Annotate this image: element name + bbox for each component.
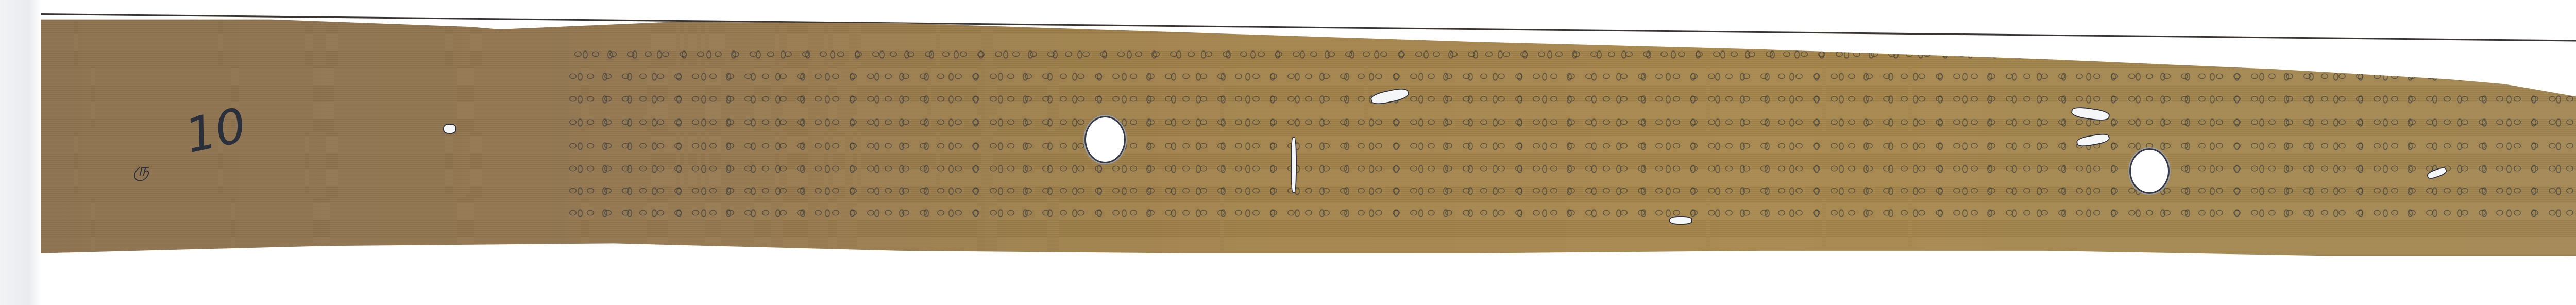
script-line-2	[567, 67, 2576, 85]
script-line-7	[567, 182, 2576, 199]
binding-hole-left	[1084, 116, 1126, 163]
insect-damage	[443, 124, 456, 134]
insect-damage	[1669, 216, 1692, 225]
insect-damage	[1291, 137, 1297, 193]
scan-page-edge	[0, 0, 41, 305]
script-line-5	[567, 137, 2576, 155]
palm-leaf	[41, 14, 2576, 263]
script-line-8	[567, 204, 2576, 222]
script-line-4	[567, 113, 2576, 131]
script-line-3	[567, 90, 2576, 108]
folio-mark-small: ரு	[133, 160, 149, 182]
script-line-6	[567, 160, 2576, 177]
binding-hole-right	[2129, 148, 2170, 194]
script-line-1	[572, 45, 2576, 63]
